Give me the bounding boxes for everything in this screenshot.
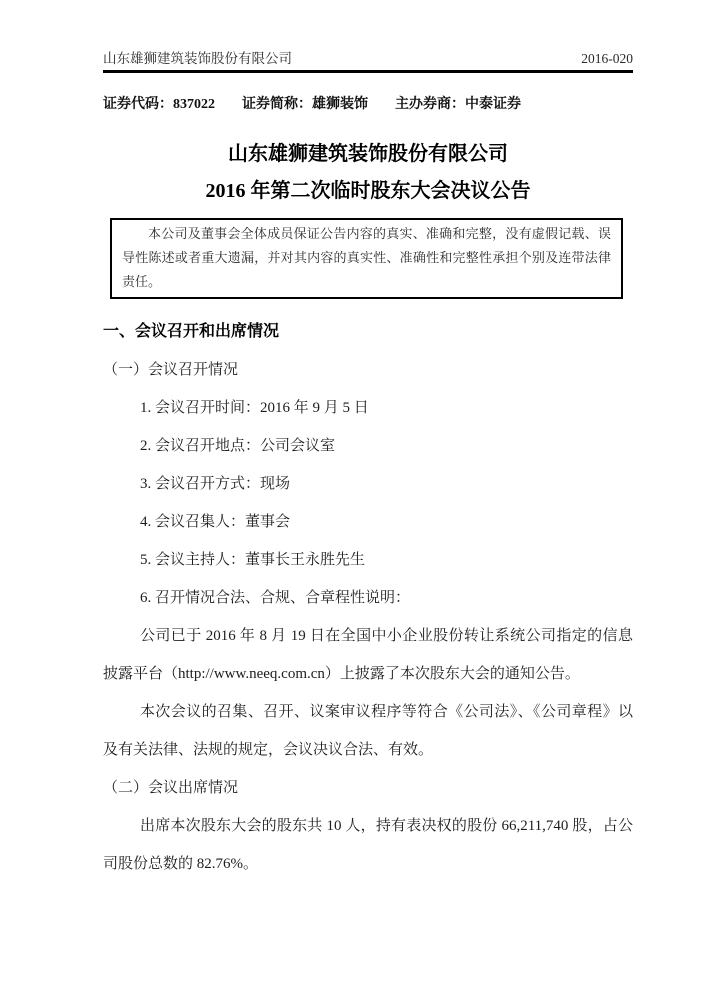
disclaimer-text: 本公司及董事会全体成员保证公告内容的真实、准确和完整，没有虚假记载、误导性陈述或… (122, 222, 611, 294)
subsection-heading-2: （二）会议出席情况 (103, 769, 633, 807)
header-rule (103, 70, 633, 73)
page-content: 山东雄狮建筑装饰股份有限公司 2016-020 证券代码：837022 证券简称… (0, 0, 707, 883)
securities-info-row: 证券代码：837022 证券简称：雄狮装饰 主办券商：中泰证券 (103, 93, 633, 113)
legality-paragraph: 本次会议的召集、召开、议案审议程序等符合《公司法》、《公司章程》以及有关法律、法… (103, 693, 633, 769)
disclaimer-box: 本公司及董事会全体成员保证公告内容的真实、准确和完整，没有虚假记载、误导性陈述或… (110, 218, 623, 299)
sponsor-broker: 主办券商：中泰证券 (395, 93, 521, 113)
securities-abbreviation: 证券简称：雄狮装饰 (242, 93, 368, 113)
header-doc-number: 2016-020 (581, 51, 633, 67)
document-header: 山东雄狮建筑装饰股份有限公司 2016-020 (103, 0, 633, 67)
meeting-host-item: 5. 会议主持人：董事长王永胜先生 (103, 541, 633, 579)
attendance-paragraph: 出席本次股东大会的股东共 10 人，持有表决权的股份 66,211,740 股，… (103, 807, 633, 883)
document-page: 山东雄狮建筑装饰股份有限公司 2016-020 证券代码：837022 证券简称… (0, 0, 707, 1000)
legality-statement-item: 6. 召开情况合法、合规、合章程性说明： (103, 579, 633, 617)
disclosure-paragraph: 公司已于 2016 年 8 月 19 日在全国中小企业股份转让系统公司指定的信息… (103, 617, 633, 693)
meeting-time-item: 1. 会议召开时间：2016 年 9 月 5 日 (103, 389, 633, 427)
document-body: 一、会议召开和出席情况 （一）会议召开情况 1. 会议召开时间：2016 年 9… (103, 313, 633, 883)
subsection-heading-1: （一）会议召开情况 (103, 351, 633, 389)
page-title: 山东雄狮建筑装饰股份有限公司 2016 年第二次临时股东大会决议公告 (103, 136, 633, 210)
meeting-place-item: 2. 会议召开地点：公司会议室 (103, 427, 633, 465)
title-line-2: 2016 年第二次临时股东大会决议公告 (103, 173, 633, 210)
header-company-name: 山东雄狮建筑装饰股份有限公司 (103, 47, 292, 67)
meeting-convener-item: 4. 会议召集人：董事会 (103, 503, 633, 541)
meeting-method-item: 3. 会议召开方式：现场 (103, 465, 633, 503)
title-line-1: 山东雄狮建筑装饰股份有限公司 (103, 136, 633, 173)
section-heading: 一、会议召开和出席情况 (103, 313, 633, 351)
securities-code: 证券代码：837022 (103, 93, 215, 113)
